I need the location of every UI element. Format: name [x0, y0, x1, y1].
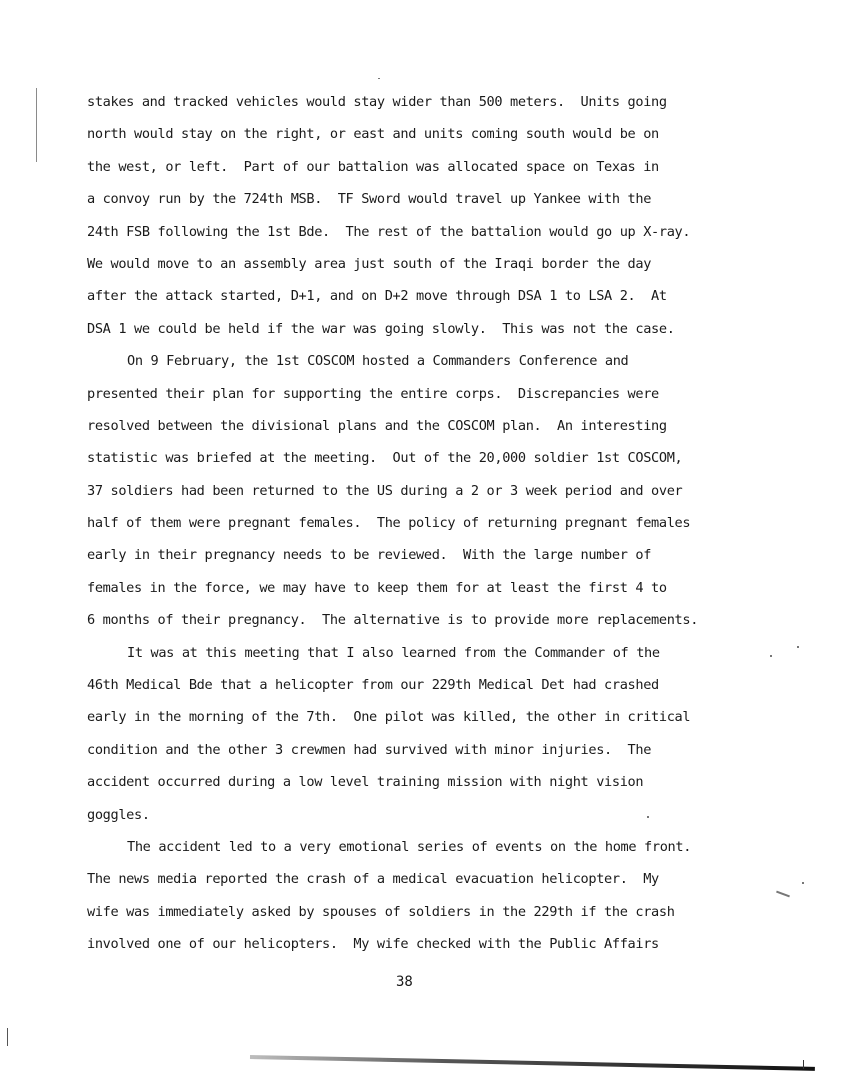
footer-rule — [250, 1055, 815, 1071]
text-line: 6 months of their pregnancy. The alterna… — [87, 607, 737, 639]
body-text: stakes and tracked vehicles would stay w… — [87, 89, 737, 964]
text-line: north would stay on the right, or east a… — [87, 121, 737, 153]
text-line: 24th FSB following the 1st Bde. The rest… — [87, 219, 737, 251]
paragraph-start-line: On 9 February, the 1st COSCOM hosted a C… — [87, 348, 737, 380]
text-line: DSA 1 we could be held if the war was go… — [87, 316, 737, 348]
footer-scan-mark — [803, 1060, 804, 1069]
text-line: after the attack started, D+1, and on D+… — [87, 283, 737, 315]
text-line: The news media reported the crash of a m… — [87, 866, 737, 898]
text-line: stakes and tracked vehicles would stay w… — [87, 89, 737, 121]
text-line: 37 soldiers had been returned to the US … — [87, 478, 737, 510]
text-line: wife was immediately asked by spouses of… — [87, 899, 737, 931]
scan-speck — [797, 646, 799, 648]
text-line: a convoy run by the 724th MSB. TF Sword … — [87, 186, 737, 218]
text-line: resolved between the divisional plans an… — [87, 413, 737, 445]
scan-speck — [770, 655, 772, 657]
text-line: condition and the other 3 crewmen had su… — [87, 737, 737, 769]
text-line: early in the morning of the 7th. One pil… — [87, 704, 737, 736]
text-line: 46th Medical Bde that a helicopter from … — [87, 672, 737, 704]
text-line: the west, or left. Part of our battalion… — [87, 154, 737, 186]
text-line: goggles. — [87, 802, 737, 834]
margin-scan-mark-bottom — [7, 1028, 8, 1046]
text-line: involved one of our helicopters. My wife… — [87, 931, 737, 963]
text-line: half of them were pregnant females. The … — [87, 510, 737, 542]
margin-scan-mark — [36, 88, 37, 162]
text-line: presented their plan for supporting the … — [87, 381, 737, 413]
text-line: accident occurred during a low level tra… — [87, 769, 737, 801]
paragraph-start-line: It was at this meeting that I also learn… — [87, 640, 737, 672]
text-line: females in the force, we may have to kee… — [87, 575, 737, 607]
scanned-document-page: stakes and tracked vehicles would stay w… — [0, 0, 850, 1082]
scan-speck — [776, 891, 790, 898]
page-number: 38 — [396, 974, 413, 990]
paragraph-start-line: The accident led to a very emotional ser… — [87, 834, 737, 866]
text-line: We would move to an assembly area just s… — [87, 251, 737, 283]
text-line: early in their pregnancy needs to be rev… — [87, 542, 737, 574]
scan-speck — [378, 78, 380, 79]
text-line: statistic was briefed at the meeting. Ou… — [87, 445, 737, 477]
scan-speck — [802, 882, 804, 884]
